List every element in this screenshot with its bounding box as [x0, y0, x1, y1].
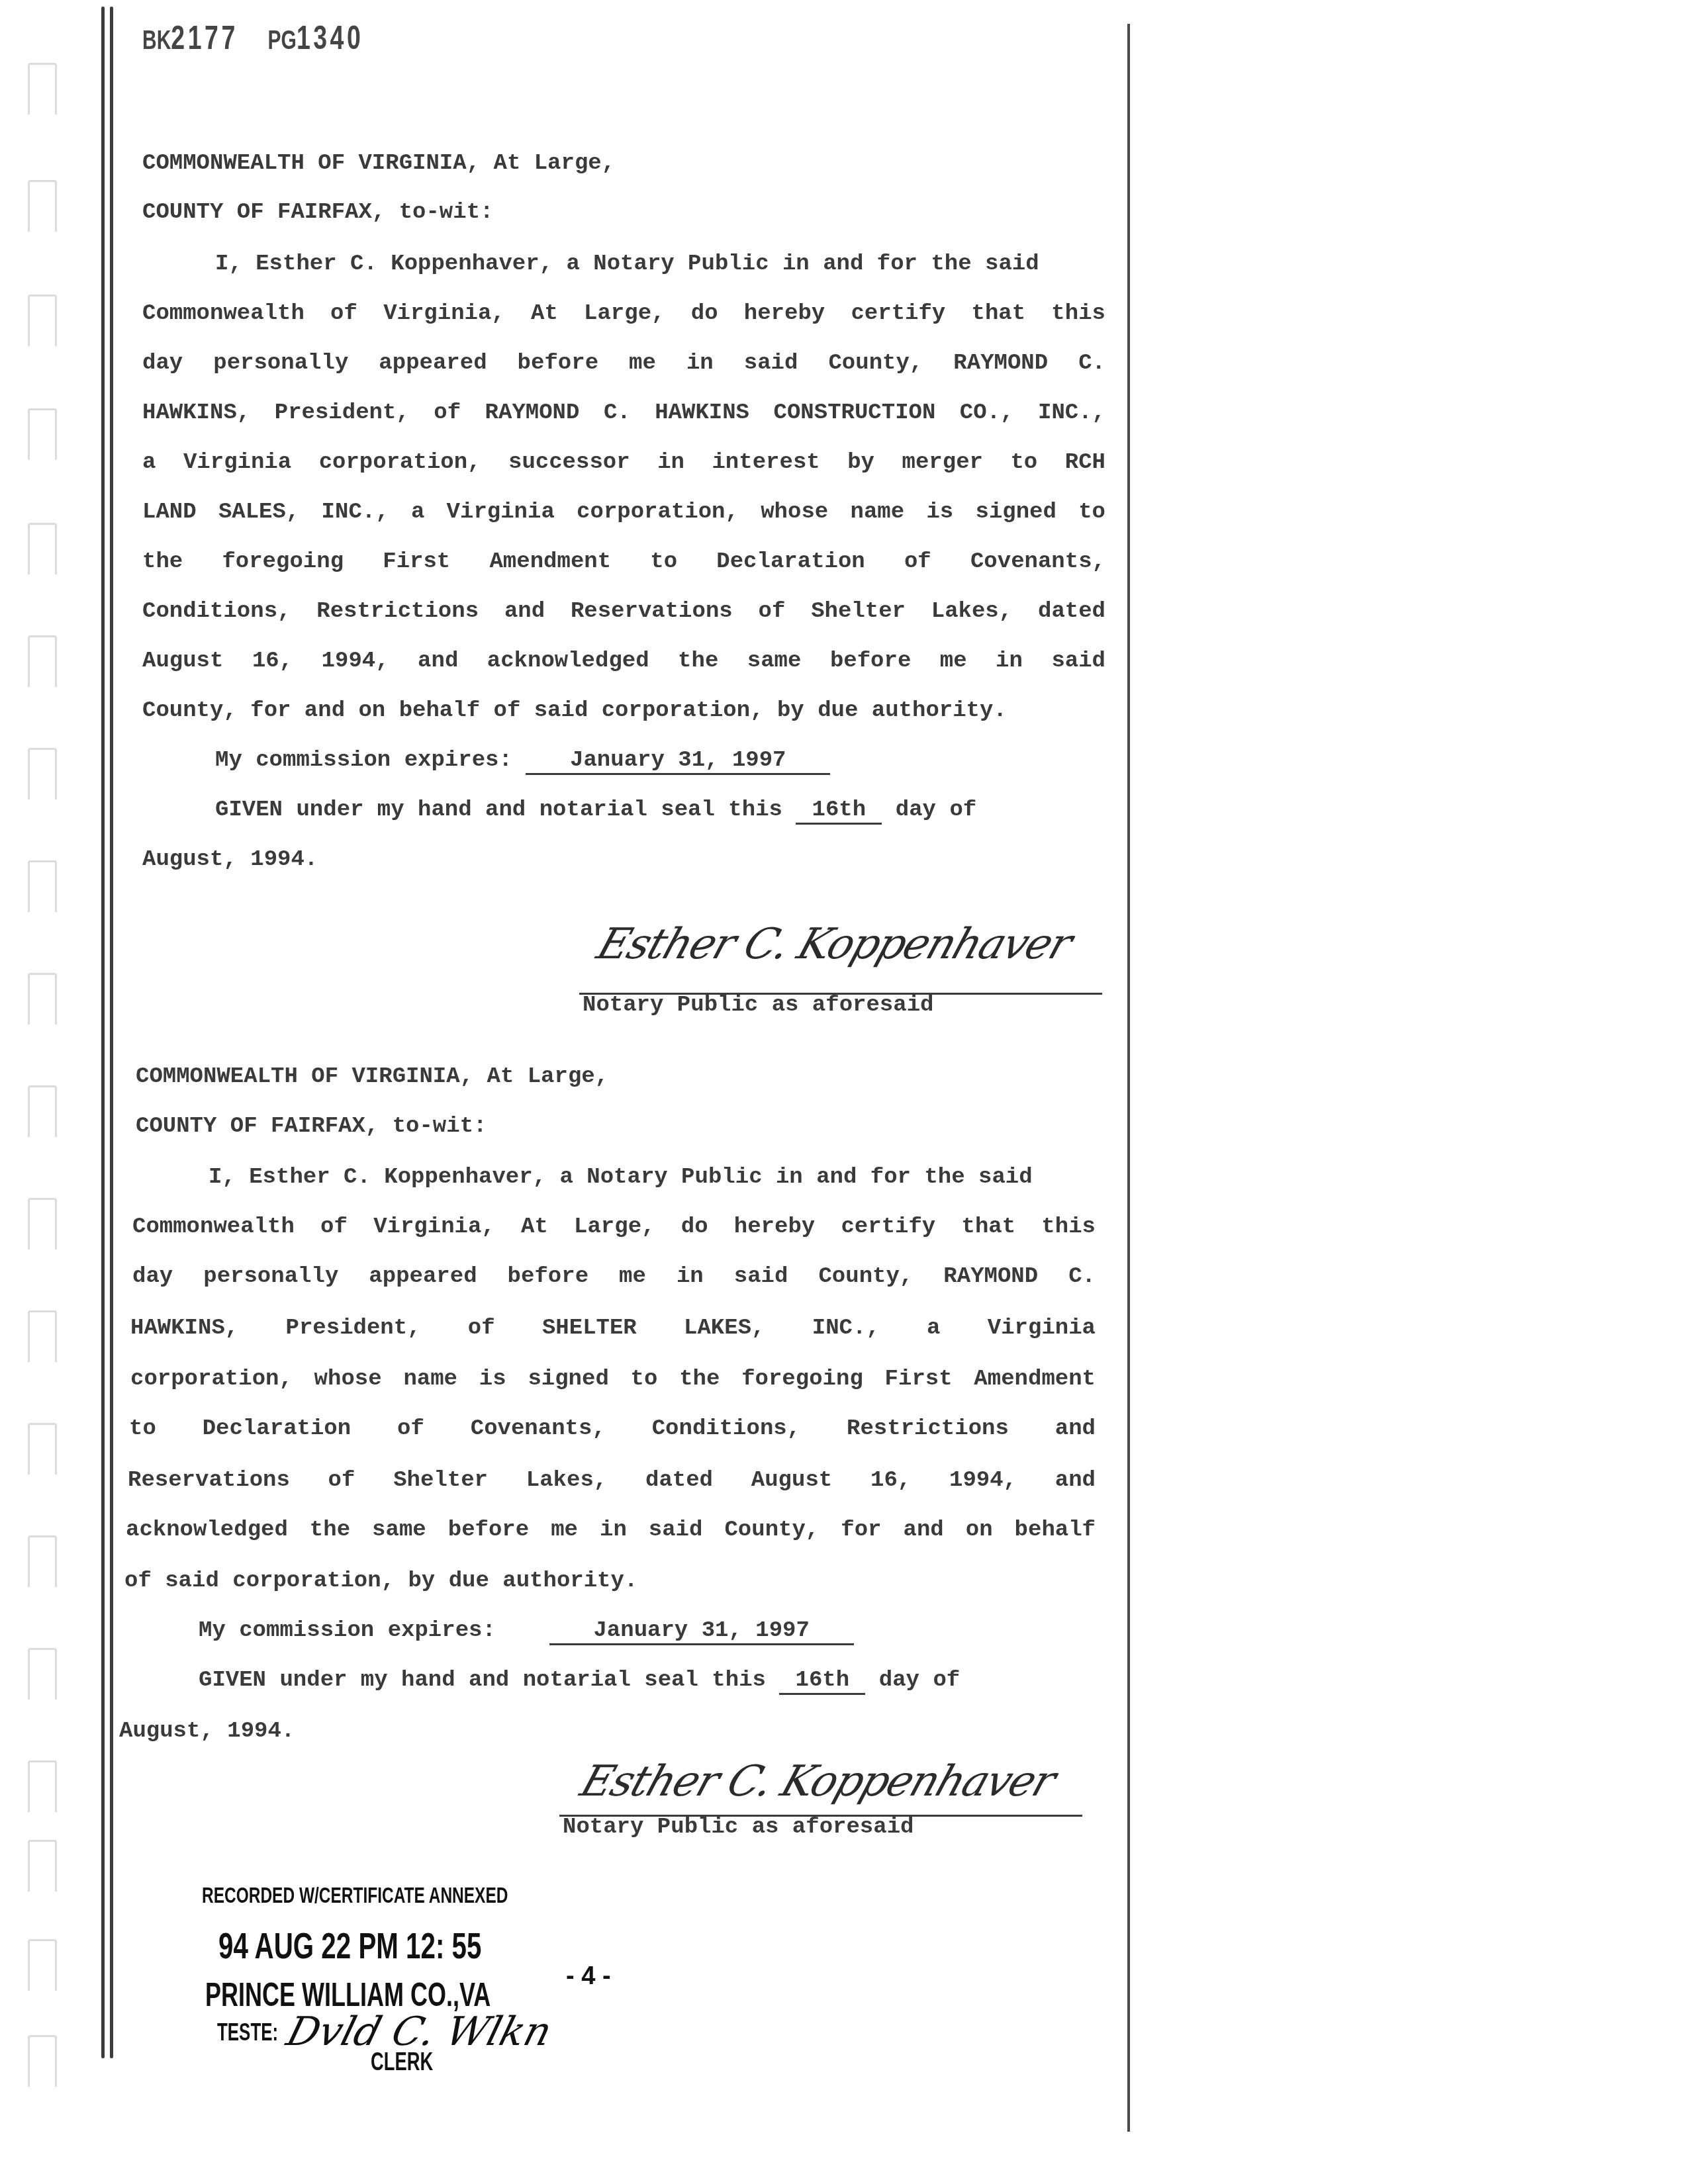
venue-line-1: COMMONWEALTH OF VIRGINIA, At Large,: [142, 151, 615, 176]
given-day: 16th: [779, 1668, 865, 1695]
ack1-body-line: August 16, 1994, and acknowledged the sa…: [142, 649, 1105, 674]
binder-hole-mark: [28, 1760, 57, 1812]
venue-line-1: COMMONWEALTH OF VIRGINIA, At Large,: [136, 1064, 608, 1089]
ack1-body-line: day personally appeared before me in sai…: [142, 351, 1105, 376]
binder-hole-mark: [28, 748, 57, 799]
binder-hole-mark: [28, 1085, 57, 1137]
ack2-body-line: to Declaration of Covenants, Conditions,…: [129, 1416, 1096, 1441]
page-number-footer: - 4 -: [566, 1962, 611, 1991]
ack1-body-line: HAWKINS, President, of RAYMOND C. HAWKIN…: [142, 400, 1105, 426]
binding-line: [101, 7, 105, 2058]
commission-label: My commission expires:: [199, 1618, 496, 1643]
ack2-body-line: I, Esther C. Koppenhaver, a Notary Publi…: [209, 1165, 1033, 1190]
ack2-body-line: of said corporation, by due authority.: [124, 1569, 637, 1594]
binder-hole-mark: [28, 973, 57, 1024]
binder-hole-mark: [28, 860, 57, 912]
given-prefix: GIVEN under my hand and notarial seal th…: [199, 1668, 766, 1693]
given-suffix: day of: [879, 1668, 960, 1693]
margin-line: [1127, 24, 1130, 2132]
commission-date: January 31, 1997: [549, 1618, 854, 1645]
ack2-body-line: acknowledged the same before me in said …: [126, 1518, 1096, 1543]
book-number: 2177: [171, 19, 238, 56]
binder-hole-mark: [28, 1840, 57, 1891]
commission-expiry: My commission expires: January 31, 1997: [215, 748, 830, 775]
commission-label: My commission expires:: [215, 748, 512, 773]
ack1-body-line: Conditions, Restrictions and Reservation…: [142, 599, 1105, 624]
commission-expiry: My commission expires: January 31, 1997: [199, 1618, 854, 1645]
ack1-body-line: County, for and on behalf of said corpor…: [142, 698, 1007, 723]
ack2-body-line: corporation, whose name is signed to the…: [130, 1367, 1096, 1392]
stamp-date-time: 94 AUG 22 PM 12: 55: [218, 1924, 481, 1967]
notary-signature: Esther C. Koppenhaver: [591, 920, 1077, 969]
book-page-reference: BK2177 PG1340: [142, 19, 363, 57]
stamp-recorded-line: RECORDED W/CERTIFICATE ANNEXED: [202, 1883, 508, 1909]
binding-line: [110, 7, 113, 2058]
given-prefix: GIVEN under my hand and notarial seal th…: [215, 797, 782, 823]
ack1-body-line: I, Esther C. Koppenhaver, a Notary Publi…: [215, 251, 1039, 277]
binder-hole-mark: [28, 63, 57, 114]
given-day: 16th: [796, 797, 882, 825]
page-number: 1340: [297, 19, 363, 56]
stamp-teste-label: TESTE:: [217, 2019, 278, 2046]
binder-hole-mark: [28, 408, 57, 460]
venue-line-2: COUNTY OF FAIRFAX, to-wit:: [136, 1114, 487, 1139]
ack2-body-line: HAWKINS, President, of SHELTER LAKES, IN…: [130, 1316, 1096, 1341]
binder-hole-mark: [28, 1535, 57, 1587]
binder-hole-mark: [28, 1423, 57, 1475]
given-month-year: August, 1994.: [119, 1719, 295, 1744]
binder-hole-mark: [28, 2035, 57, 2087]
ack2-body-line: day personally appeared before me in sai…: [132, 1264, 1096, 1289]
ack2-body-line: Commonwealth of Virginia, At Large, do h…: [132, 1214, 1096, 1240]
stamp-clerk-label: CLERK: [371, 2048, 433, 2077]
notary-signature: Esther C. Koppenhaver: [575, 1757, 1060, 1806]
given-month-year: August, 1994.: [142, 847, 318, 872]
venue-line-2: COUNTY OF FAIRFAX, to-wit:: [142, 200, 494, 225]
binder-hole-mark: [28, 180, 57, 232]
signature-caption: Notary Public as aforesaid: [563, 1815, 914, 1840]
binder-hole-mark: [28, 1648, 57, 1700]
ack1-body-line: Commonwealth of Virginia, At Large, do h…: [142, 301, 1105, 326]
binder-hole-mark: [28, 1939, 57, 1991]
given-line: GIVEN under my hand and notarial seal th…: [215, 797, 976, 825]
signature-caption: Notary Public as aforesaid: [583, 993, 934, 1018]
document-page: BK2177 PG1340 COMMONWEALTH OF VIRGINIA, …: [0, 0, 1688, 2184]
page-label: PG: [268, 26, 297, 55]
given-suffix: day of: [896, 797, 976, 823]
binder-hole-mark: [28, 295, 57, 346]
given-line: GIVEN under my hand and notarial seal th…: [199, 1668, 960, 1695]
binder-hole-mark: [28, 1198, 57, 1250]
ack1-body-line: a Virginia corporation, successor in int…: [142, 450, 1105, 475]
binder-hole-mark: [28, 523, 57, 574]
commission-date: January 31, 1997: [526, 748, 830, 775]
ack1-body-line: the foregoing First Amendment to Declara…: [142, 549, 1105, 574]
binder-hole-mark: [28, 635, 57, 687]
ack2-body-line: Reservations of Shelter Lakes, dated Aug…: [128, 1468, 1096, 1493]
ack1-body-line: LAND SALES, INC., a Virginia corporation…: [142, 500, 1105, 525]
binder-hole-mark: [28, 1310, 57, 1362]
book-label: BK: [142, 26, 171, 55]
